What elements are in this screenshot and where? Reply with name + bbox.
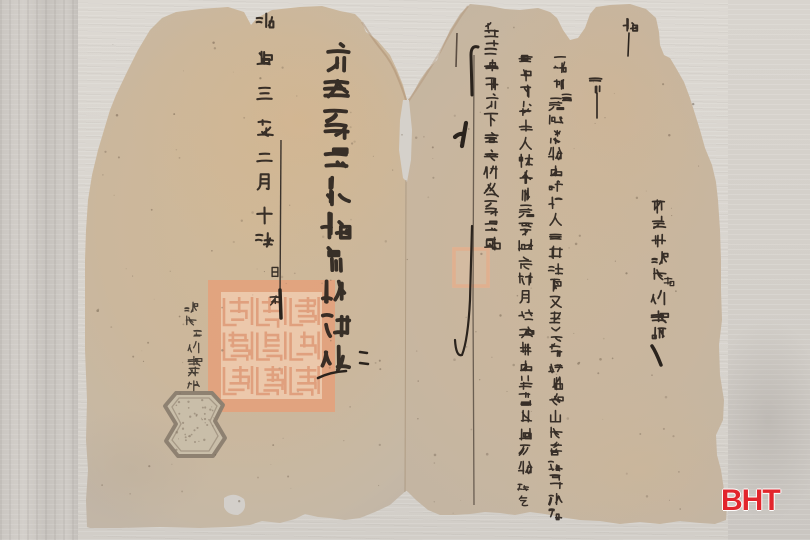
- fold-crack: [399, 100, 412, 182]
- tear-stain: [362, 22, 406, 100]
- repeat-mark: [360, 352, 368, 364]
- page-marks-layer: [0, 0, 810, 540]
- ruling-line: [456, 33, 457, 67]
- octagonal-stamp-icon: [165, 393, 225, 456]
- brush-stroke: [628, 33, 629, 56]
- brush-stroke: [652, 346, 661, 365]
- fold-line: [405, 180, 406, 492]
- tear-stain: [408, 6, 468, 102]
- ruling-line: [280, 140, 281, 300]
- paper-hole: [224, 495, 245, 515]
- brush-hook: [455, 226, 472, 355]
- brush-stroke: [280, 290, 281, 318]
- square-seal-icon: [208, 280, 335, 412]
- document-photo: 付許通行依申竟其限者 嘉隆三年二月十柒 日時 知縣 臣 阮輝潘記 申 計 一蕃朔…: [0, 0, 810, 540]
- watermark-logo: BHT: [721, 486, 780, 516]
